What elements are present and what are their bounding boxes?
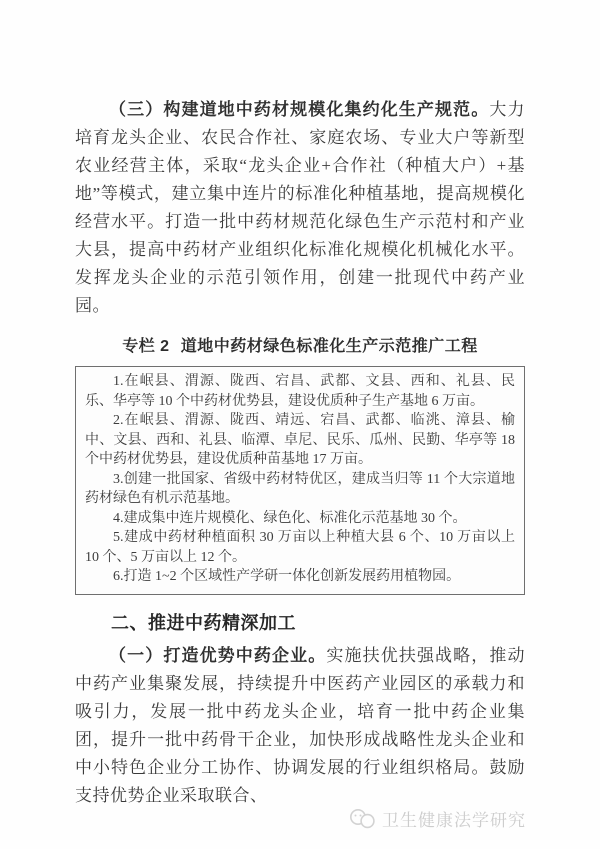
callout-box: 1.在岷县、渭源、陇西、宕昌、武都、文县、西和、礼县、民乐、华亭等 10 个中药… bbox=[75, 366, 525, 595]
wechat-logo-icon bbox=[349, 808, 376, 830]
box-title: 专栏 2道地中药材绿色标准化生产示范推广工程 bbox=[75, 336, 525, 358]
box-item: 6.打造 1~2 个区域性产学研一体化创新发展药用植物园。 bbox=[85, 567, 515, 587]
box-item: 5.建成中药材种植面积 30 万亩以上种植大县 6 个、10 万亩以上 10 个… bbox=[85, 528, 515, 567]
paragraph-body: 实施扶优扶强战略，推动中药产业集聚发展，持续提升中医药产业园区的承载力和吸引力，… bbox=[75, 646, 525, 805]
watermark-label: 卫生健康法学研究 bbox=[382, 806, 526, 831]
box-item: 4.建成集中连片规模化、绿色化、标准化示范基地 30 个。 bbox=[85, 509, 515, 529]
box-item: 2.在岷县、渭源、陇西、靖远、宕昌、武都、临洮、漳县、榆中、文县、西和、礼县、临… bbox=[85, 411, 515, 470]
watermark: 卫生健康法学研究 bbox=[349, 806, 526, 831]
paragraph-lead: （三）构建道地中药材规模化集约化生产规范。 bbox=[109, 100, 489, 119]
paragraph-lead: （一）打造优势中药企业。 bbox=[109, 646, 326, 665]
section-heading: 二、推进中药精深加工 bbox=[75, 609, 525, 637]
paragraph-section-3: （三）构建道地中药材规模化集约化生产规范。大力培育龙头企业、农民合作社、家庭农场… bbox=[75, 96, 525, 320]
box-label: 专栏 2 bbox=[122, 338, 169, 355]
paragraph-section-1: （一）打造优势中药企业。实施扶优扶强战略，推动中药产业集聚发展，持续提升中医药产… bbox=[75, 642, 525, 810]
paragraph-body: 大力培育龙头企业、农民合作社、家庭农场、专业大户等新型农业经营主体，采取“龙头企… bbox=[75, 100, 525, 315]
document-page: （三）构建道地中药材规模化集约化生产规范。大力培育龙头企业、农民合作社、家庭农场… bbox=[0, 0, 600, 849]
box-item: 1.在岷县、渭源、陇西、宕昌、武都、文县、西和、礼县、民乐、华亭等 10 个中药… bbox=[85, 372, 515, 411]
document-content: （三）构建道地中药材规模化集约化生产规范。大力培育龙头企业、农民合作社、家庭农场… bbox=[75, 96, 525, 810]
box-title-text: 道地中药材绿色标准化生产示范推广工程 bbox=[181, 338, 478, 355]
box-item: 3.创建一批国家、省级中药材特优区，建成当归等 11 个大宗道地药材绿色有机示范… bbox=[85, 470, 515, 509]
